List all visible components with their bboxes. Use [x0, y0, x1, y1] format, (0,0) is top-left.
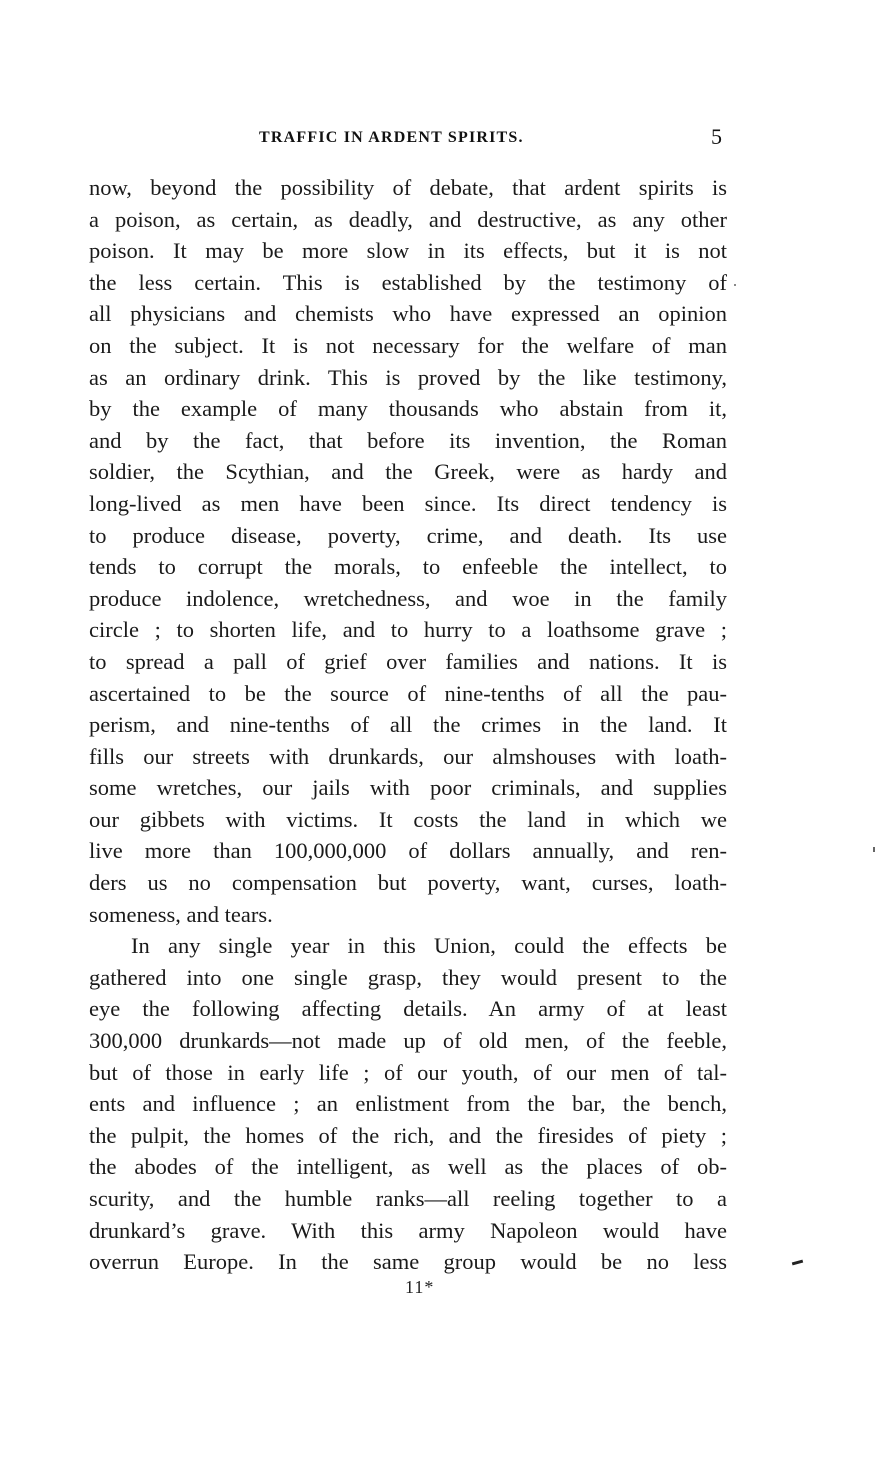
text-line: long-lived as men have been since. Its d…	[89, 488, 727, 520]
text-line: In any single year in this Union, could …	[89, 930, 727, 962]
text-line: tends to corrupt the morals, to enfeeble…	[89, 551, 727, 583]
text-line: now, beyond the possibility of debate, t…	[89, 172, 727, 204]
paragraph-1: now, beyond the possibility of debate, t…	[89, 172, 727, 930]
text-line: gathered into one single grasp, they wou…	[89, 962, 727, 994]
text-line: produce indolence, wretchedness, and woe…	[89, 583, 727, 615]
text-line: drunkard’s grave. With this army Napoleo…	[89, 1215, 727, 1247]
text-line: the pulpit, the homes of the rich, and t…	[89, 1120, 727, 1152]
text-line: ascertained to be the source of nine-ten…	[89, 678, 727, 710]
text-line: poison. It may be more slow in its effec…	[89, 235, 727, 267]
scan-mark	[792, 1260, 803, 1266]
running-head: TRAFFIC IN ARDENT SPIRITS.	[259, 129, 524, 147]
text-line: perism, and nine-tenths of all the crime…	[89, 709, 727, 741]
text-line: to produce disease, poverty, crime, and …	[89, 520, 727, 552]
text-line: some wretches, our jails with poor crimi…	[89, 772, 727, 804]
text-line: overrun Europe. In the same group would …	[89, 1246, 727, 1278]
text-line: fills our streets with drunkards, our al…	[89, 741, 727, 773]
text-line: eye the following affecting details. An …	[89, 993, 727, 1025]
text-line: by the example of many thousands who abs…	[89, 393, 727, 425]
text-line: scurity, and the humble ranks—all reelin…	[89, 1183, 727, 1215]
paragraph-2: In any single year in this Union, could …	[89, 930, 727, 1278]
text-line: someness, and tears.	[89, 899, 727, 931]
book-page: TRAFFIC IN ARDENT SPIRITS. 5 now, beyond…	[0, 0, 888, 1475]
text-line: to spread a pall of grief over families …	[89, 646, 727, 678]
text-line: soldier, the Scythian, and the Greek, we…	[89, 456, 727, 488]
page-number: 5	[711, 124, 722, 150]
text-line: circle ; to shorten life, and to hurry t…	[89, 614, 727, 646]
text-line: live more than 100,000,000 of dollars an…	[89, 835, 727, 867]
text-line: ents and influence ; an enlistment from …	[89, 1088, 727, 1120]
text-line: the less certain. This is established by…	[89, 267, 727, 299]
signature-mark: 11*	[405, 1277, 434, 1298]
text-line: a poison, as certain, as deadly, and des…	[89, 204, 727, 236]
scan-speck	[873, 847, 875, 852]
text-line: as an ordinary drink. This is proved by …	[89, 362, 727, 394]
text-line: the abodes of the intelligent, as well a…	[89, 1151, 727, 1183]
text-line: all physicians and chemists who have exp…	[89, 298, 727, 330]
text-line: 300,000 drunkards—not made up of old men…	[89, 1025, 727, 1057]
text-line: on the subject. It is not necessary for …	[89, 330, 727, 362]
text-line: our gibbets with victims. It costs the l…	[89, 804, 727, 836]
body-text: now, beyond the possibility of debate, t…	[89, 172, 727, 1278]
scan-speck	[734, 284, 736, 286]
text-line: and by the fact, that before its inventi…	[89, 425, 727, 457]
text-line: ders us no compensation but poverty, wan…	[89, 867, 727, 899]
text-line: but of those in early life ; of our yout…	[89, 1057, 727, 1089]
